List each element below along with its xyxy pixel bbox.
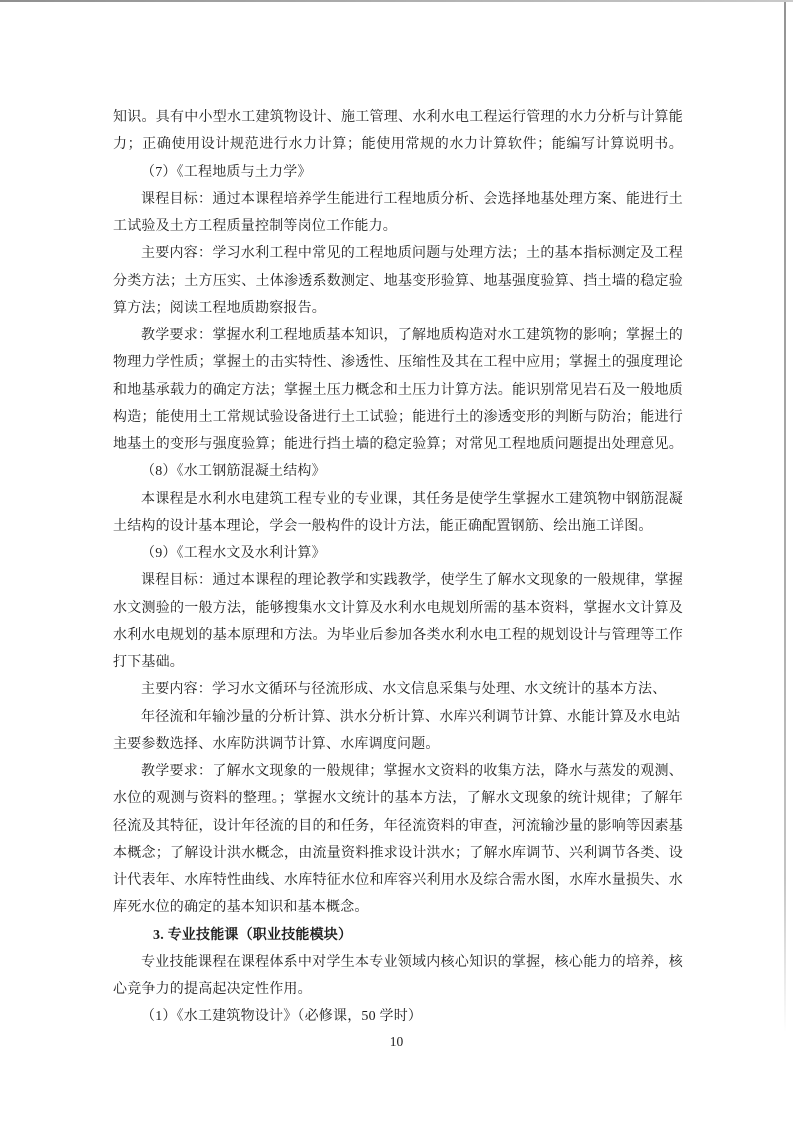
text-line: 算方法；阅读工程地质勘察报告。	[113, 295, 683, 322]
text-line: 心竞争力的提高起决定性作用。	[113, 976, 683, 1003]
text-line: 构造；能使用土工常规试验设备进行土工试验；能进行土的渗透变形的判断与防治；能进行	[113, 404, 683, 431]
text-line: 教学要求：了解水文现象的一般规律；掌握水文资料的收集方法，降水与蒸发的观测、	[113, 758, 683, 785]
document-body-text: 知识。具有中小型水工建筑物设计、施工管理、水利水电工程运行管理的水力分析与计算能…	[113, 104, 683, 1031]
text-line: 专业技能课程在课程体系中对学生本专业领域内核心知识的掌握，核心能力的培养，核	[113, 949, 683, 976]
text-line: （9）《工程水文及水利计算》	[113, 540, 683, 567]
text-line: 地基土的变形与强度验算；能进行挡土墙的稳定验算；对常见工程地质问题提出处理意见。	[113, 431, 683, 458]
text-line: 课程目标：通过本课程的理论教学和实践教学，使学生了解水文现象的一般规律，掌握	[113, 567, 683, 594]
text-line: 3. 专业技能课（职业技能模块）	[113, 922, 683, 949]
text-line: 力；正确使用设计规范进行水力计算；能使用常规的水力计算软件；能编写计算说明书。	[113, 131, 683, 158]
text-line: 教学要求：掌握水利工程地质基本知识，了解地质构造对水工建筑物的影响；掌握土的	[113, 322, 683, 349]
scan-edge-right	[784, 2, 786, 1032]
text-line: 水文测验的一般方法，能够搜集水文计算及水利水电规划所需的基本资料，掌握水文计算及	[113, 595, 683, 622]
text-line: 主要参数选择、水库防洪调节计算、水库调度问题。	[113, 731, 683, 758]
text-line: 水位的观测与资料的整理。；掌握水文统计的基本方法，了解水文现象的统计规律；了解年	[113, 785, 683, 812]
text-line: 库死水位的确定的基本知识和基本概念。	[113, 894, 683, 921]
text-line: 工试验及土方工程质量控制等岗位工作能力。	[113, 213, 683, 240]
text-line: 课程目标：通过本课程培养学生能进行工程地质分析、会选择地基处理方案、能进行土	[113, 186, 683, 213]
text-line: 分类方法；土方压实、土体渗透系数测定、地基变形验算、地基强度验算、挡土墙的稳定验	[113, 268, 683, 295]
text-line: 计代表年、水库特性曲线、水库特征水位和库容兴利用水及综合需水图，水库水量损失、水	[113, 867, 683, 894]
text-line: （1）《水工建筑物设计》（必修课，50 学时）	[113, 1003, 683, 1030]
text-line: 和地基承载力的确定方法；掌握土压力概念和土压力计算方法。能识别常见岩石及一般地质	[113, 377, 683, 404]
text-line: 水利水电规划的基本原理和方法。为毕业后参加各类水利水电工程的规划设计与管理等工作	[113, 622, 683, 649]
text-line: （7）《工程地质与土力学》	[113, 159, 683, 186]
text-line: 主要内容：学习水文循环与径流形成、水文信息采集与处理、水文统计的基本方法、	[113, 676, 683, 703]
text-line: 本课程是水利水电建筑工程专业的专业课，其任务是使学生掌握水工建筑物中钢筋混凝	[113, 486, 683, 513]
text-line: 本概念；了解设计洪水概念，由流量资料推求设计洪水；了解水库调节、兴利调节各类、设	[113, 840, 683, 867]
text-line: （8）《水工钢筋混凝土结构》	[113, 458, 683, 485]
text-line: 径流及其特征，设计年径流的目的和任务，年径流资料的审查，河流输沙量的影响等因素基	[113, 813, 683, 840]
text-line: 打下基础。	[113, 649, 683, 676]
text-line: 主要内容：学习水利工程中常见的工程地质问题与处理方法；土的基本指标测定及工程	[113, 240, 683, 267]
text-line: 知识。具有中小型水工建筑物设计、施工管理、水利水电工程运行管理的水力分析与计算能	[113, 104, 683, 131]
text-line: 土结构的设计基本理论，学会一般构件的设计方法，能正确配置钢筋、绘出施工详图。	[113, 513, 683, 540]
page-number: 10	[0, 1032, 793, 1052]
document-page: 知识。具有中小型水工建筑物设计、施工管理、水利水电工程运行管理的水力分析与计算能…	[0, 0, 793, 1122]
text-line: 年径流和年输沙量的分析计算、洪水分析计算、水库兴利调节计算、水能计算及水电站	[113, 704, 683, 731]
text-line: 物理力学性质；掌握土的击实特性、渗透性、压缩性及其在工程中应用；掌握土的强度理论	[113, 349, 683, 376]
scan-edge-top	[0, 0, 793, 2]
